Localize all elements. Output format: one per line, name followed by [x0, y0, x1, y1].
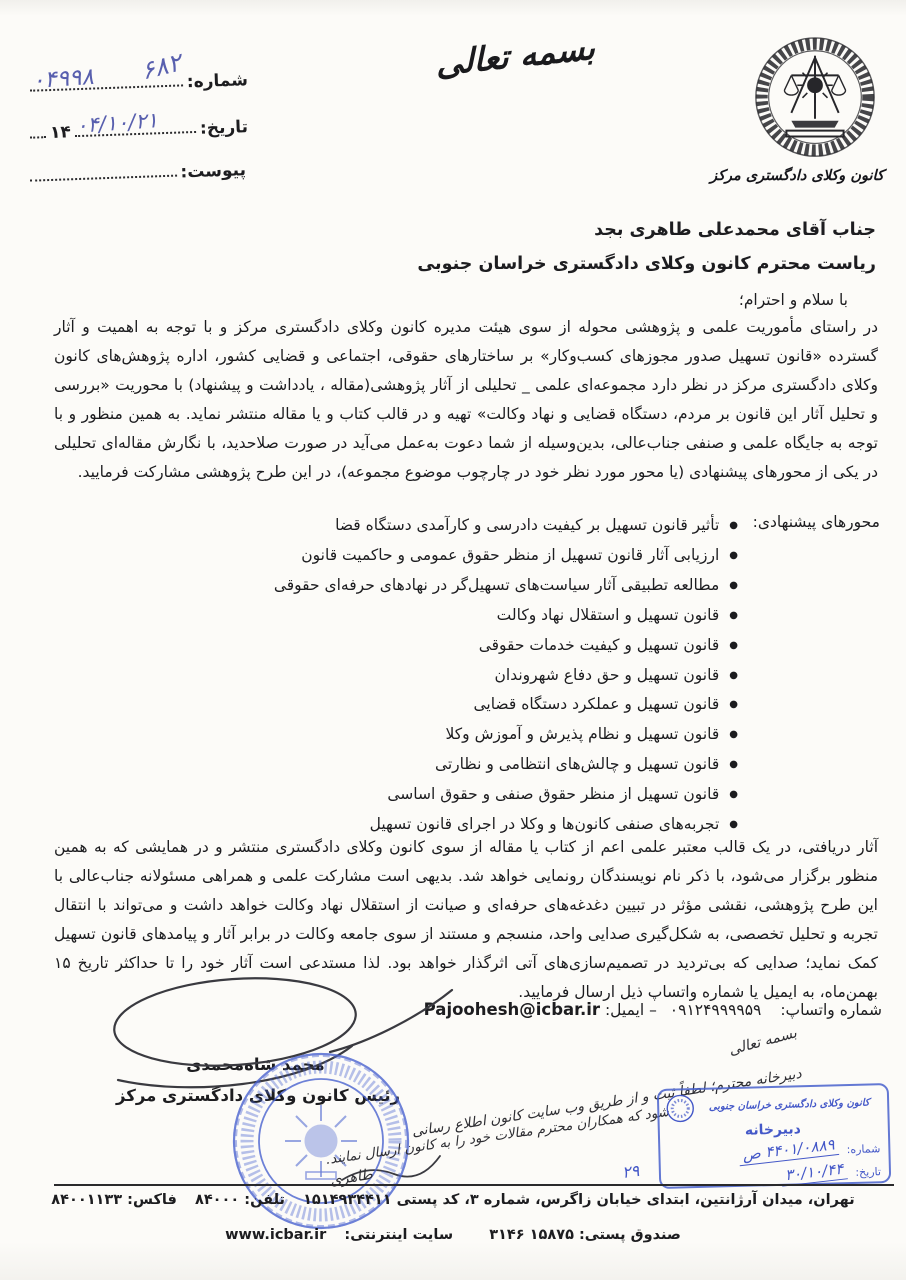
stamp-org-name: کانون وکلای دادگستری خراسان جنوبی [699, 1097, 879, 1114]
sun-icon [797, 68, 832, 103]
annotation-heading: بسمه تعالی [727, 1025, 798, 1058]
date-printed-prefix: ۱۴ [50, 122, 71, 143]
footer-pobox: ۱۵۸۷۵ ۳۱۴۶ [489, 1227, 574, 1243]
topic-text: تأثیر قانون تسهیل بر کیفیت دادرسی و کارآ… [335, 516, 719, 534]
recipient-title: ریاست محترم کانون وکلای دادگستری خراسان … [417, 254, 876, 274]
topic-item: قانون تسهیل و کیفیت خدمات حقوقی [274, 631, 738, 661]
topic-text: ارزیابی آثار قانون تسهیل از منظر حقوق عم… [301, 546, 719, 564]
body-paragraph-1: در راستای مأموریت علمی و پژوهشی محوله از… [54, 313, 878, 487]
topic-item: قانون تسهیل و حق دفاع شهروندان [274, 661, 738, 691]
stamp-date-label: تاریخ: [855, 1165, 881, 1179]
topic-text: قانون تسهیل از منظر حقوق صنفی و حقوق اسا… [387, 785, 719, 803]
footer-website: www.icbar.ir [225, 1227, 326, 1243]
footer-phone: ۸۴۰۰۰ [195, 1192, 239, 1208]
recipient-name: جناب آقای محمدعلی طاهری بجد [594, 220, 876, 240]
date-dotted-line-end [30, 136, 46, 139]
contact-line: شماره واتساپ: ۰۹۱۲۴۹۹۹۹۵۹ – ایمیل: Pajoo… [424, 1000, 882, 1019]
email-address: Pajoohesh@icbar.ir [424, 1000, 600, 1019]
stamp-date-overflow: ۲۹ [621, 1161, 641, 1182]
letter-page: شماره: ۶۸۲ ۰۴۹۹۸ تاریخ: ۱۴ ۰۴/۱۰/۲۱ پیوس… [0, 0, 906, 1280]
book-icon [786, 121, 843, 137]
topic-item: تأثیر قانون تسهیل بر کیفیت دادرسی و کارآ… [274, 511, 738, 541]
footer-fax: ۸۴۰۰۱۱۳۳ [51, 1192, 122, 1208]
topic-text: قانون تسهیل و نظام پذیرش و آموزش وکلا [446, 725, 720, 743]
body-paragraph-2: آثار دریافتی، در یک قالب معتبر علمی اعم … [54, 833, 878, 1007]
footer-divider [54, 1184, 894, 1186]
topic-item: قانون تسهیل و عملکرد دستگاه قضایی [274, 690, 738, 720]
salutation: با سلام و احترام؛ [739, 291, 848, 309]
footer-fax-label: فاکس: [127, 1192, 177, 1208]
bar-association-emblem-icon [746, 34, 884, 172]
whatsapp-label: شماره واتساپ: [780, 1001, 882, 1019]
footer-pobox-label: صندوق پستی: [579, 1227, 681, 1243]
footer-phone-label: تلفن: [244, 1192, 285, 1208]
bismillah-calligraphy: بسمه تعالی [398, 24, 633, 88]
topic-item: قانون تسهیل از منظر حقوق صنفی و حقوق اسا… [274, 780, 738, 810]
topic-item: قانون تسهیل و نظام پذیرش و آموزش وکلا [274, 720, 738, 750]
topic-item: قانون تسهیل و چالش‌های انتظامی و نظارتی [274, 750, 738, 780]
topics-list: تأثیر قانون تسهیل بر کیفیت دادرسی و کارآ… [274, 511, 738, 840]
footer-address-line: تهران، میدان آرژانتین، ابتدای خیابان زاگ… [0, 1192, 906, 1208]
org-name: کانون وکلای دادگستری مرکز [694, 168, 900, 184]
topic-text: مطالعه تطبیقی آثار سیاست‌های تسهیل‌گر در… [274, 576, 719, 594]
stamp-number-label: شماره: [846, 1142, 880, 1156]
stamp-emblem-icon [665, 1093, 696, 1124]
footer-address: تهران، میدان آرژانتین، ابتدای خیابان زاگ… [303, 1192, 855, 1208]
date-label: تاریخ: [200, 117, 249, 139]
topics-label: محورهای پیشنهادی: [753, 513, 880, 531]
topic-text: قانون تسهیل و چالش‌های انتظامی و نظارتی [435, 755, 719, 773]
email-label: ایمیل: [605, 1001, 644, 1019]
attachment-label: پیوست: [180, 160, 246, 182]
topic-item: ارزیابی آثار قانون تسهیل از منظر حقوق عم… [274, 541, 738, 571]
topic-text: قانون تسهیل و عملکرد دستگاه قضایی [473, 695, 719, 713]
number-label: شماره: [186, 70, 248, 92]
secretariat-stamp: کانون وکلای دادگستری خراسان جنوبی دبیرخا… [657, 1083, 892, 1189]
topic-text: قانون تسهیل و حق دفاع شهروندان [495, 666, 720, 684]
separator-dash: – [649, 1001, 657, 1019]
letter-attachment-field: پیوست: [26, 160, 247, 188]
whatsapp-number: ۰۹۱۲۴۹۹۹۹۵۹ [670, 1001, 762, 1019]
topic-text: تجربه‌های صنفی کانون‌ها و وکلا در اجرای … [370, 815, 720, 833]
handwritten-number-main: ۰۴۹۹۸ [31, 64, 94, 94]
topic-item: مطالعه تطبیقی آثار سیاست‌های تسهیل‌گر در… [274, 571, 738, 601]
footer-contact-line: صندوق پستی: ۱۵۸۷۵ ۳۱۴۶ سایت اینترنتی: ww… [0, 1227, 906, 1243]
topic-item: قانون تسهیل و استقلال نهاد وکالت [274, 601, 738, 631]
stamp-date-value: ۳۰/۱۰/۴۴ [780, 1159, 848, 1186]
topic-text: قانون تسهیل و کیفیت خدمات حقوقی [479, 636, 720, 654]
attachment-dotted-line [30, 175, 176, 182]
footer-site-label: سایت اینترنتی: [344, 1227, 453, 1243]
topic-text: قانون تسهیل و استقلال نهاد وکالت [497, 606, 720, 624]
